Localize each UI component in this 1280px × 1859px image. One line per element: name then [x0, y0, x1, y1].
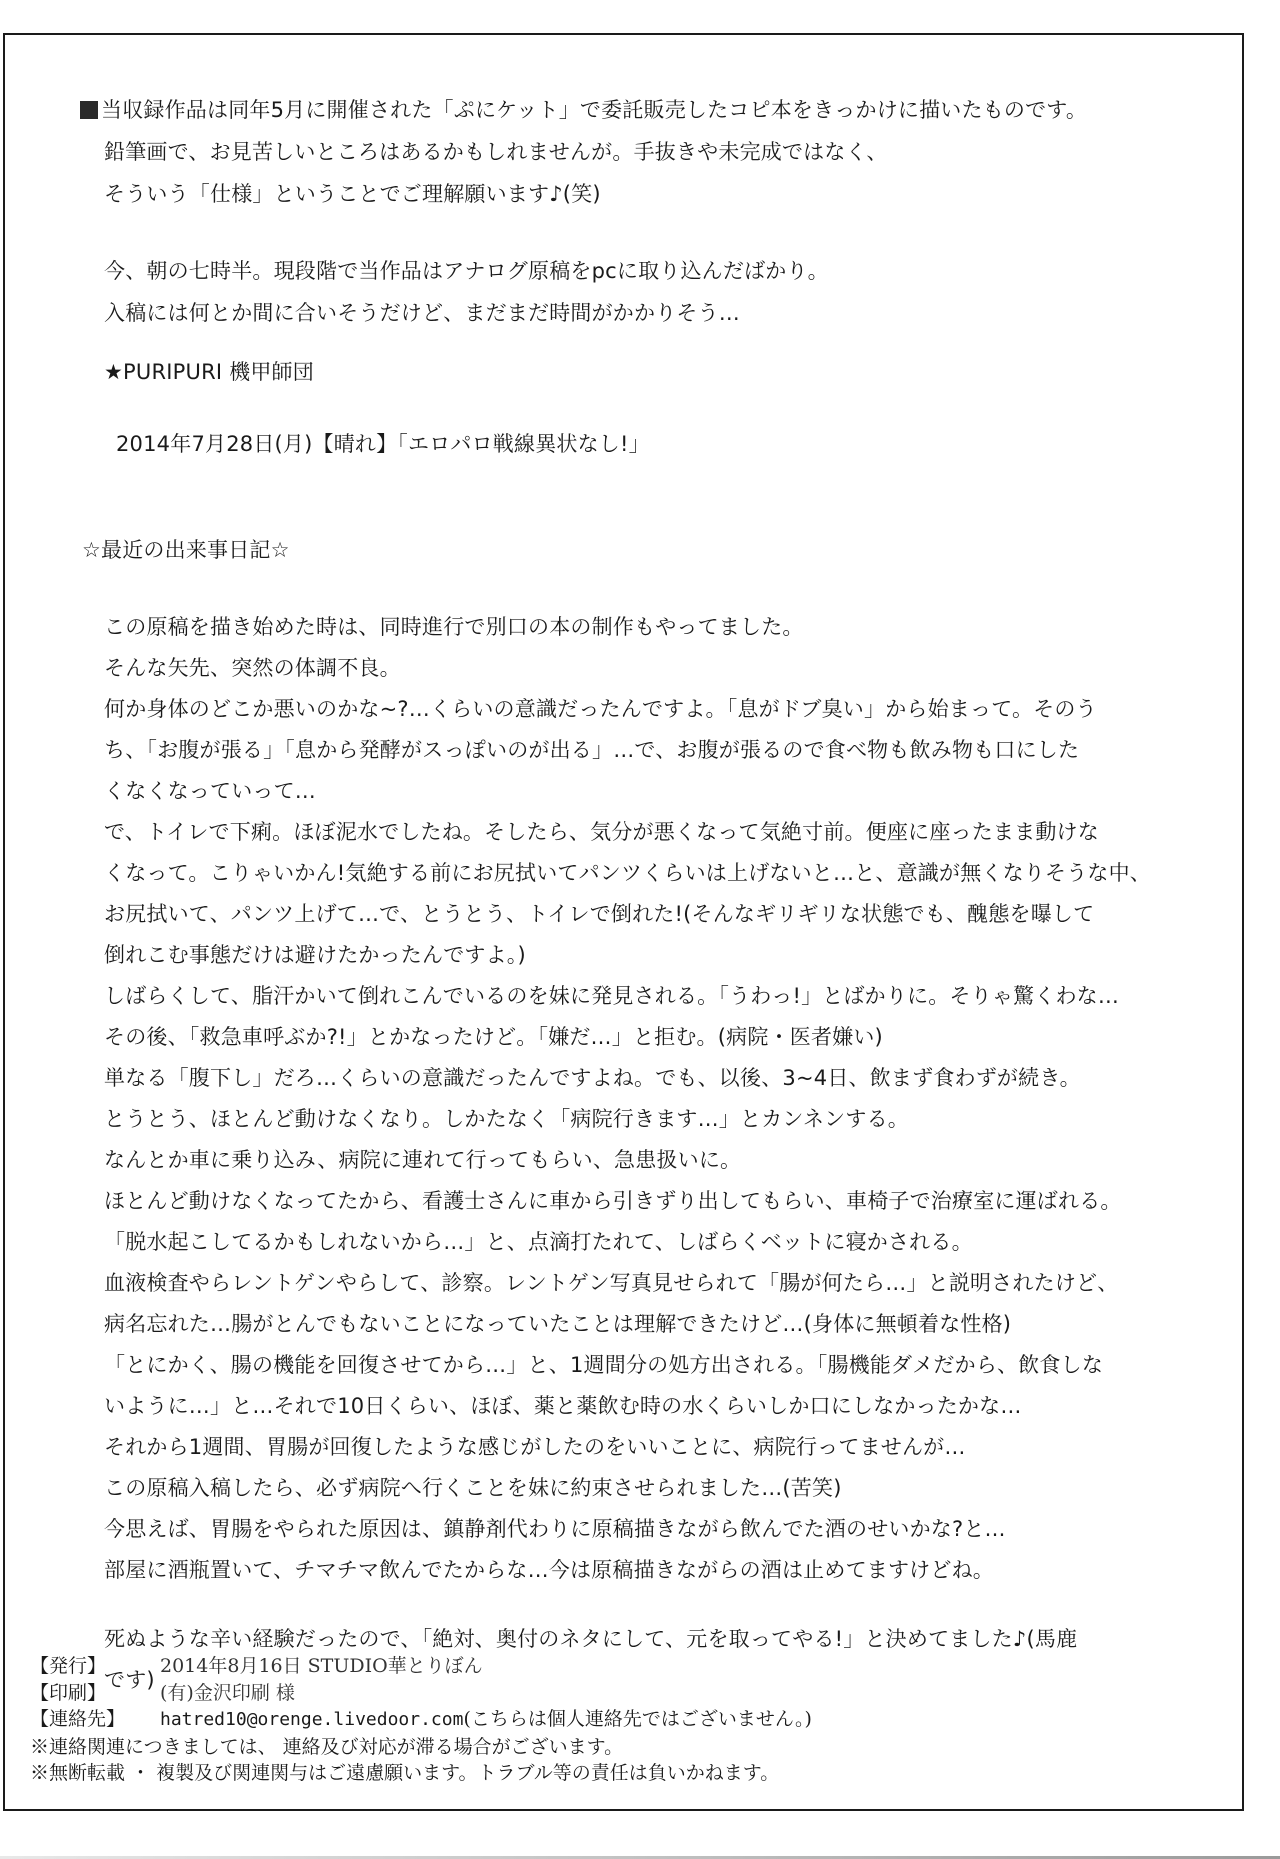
colophon-printer: 【印刷】(有)金沢印刷 様	[30, 1680, 812, 1707]
diary-line: この原稿入稿したら、必ず病院へ行くことを妹に約束させられました…(苦笑)	[104, 1474, 842, 1502]
published-value: 2014年8月16日 STUDIO華とりぼん	[160, 1655, 483, 1677]
diary-line: その後、「救急車呼ぶか?!」とかなったけど。「嫌だ…」と拒む。(病院・医者嫌い)	[104, 1023, 883, 1051]
contact-note: (こちらは個人連絡先ではございません。)	[463, 1708, 811, 1730]
diary-line: ほとんど動けなくなってたから、看護士さんに車から引きずり出してもらい、車椅子で治…	[104, 1187, 1122, 1215]
diary-line: 病名忘れた…腸がとんでもないことになっていたことは理解できたけど…(身体に無頓着…	[104, 1310, 1011, 1338]
diary-line: それから1週間、胃腸が回復したような感じがしたのをいいことに、病院行ってませんが…	[104, 1433, 966, 1461]
diary-line: とうとう、ほとんど動けなくなり。しかたなく「病院行きます…」とカンネンする。	[104, 1105, 909, 1133]
status-line-1: 今、朝の七時半。現段階で当作品はアナログ原稿をpcに取り込んだばかり。	[104, 257, 829, 285]
printer-label: 【印刷】	[30, 1680, 160, 1707]
diary-line: で、トイレで下痢。ほぼ泥水でしたね。そしたら、気分が悪くなって気絶寸前。便座に座…	[104, 818, 1099, 846]
diary-closing-line-1: 死ぬような辛い経験だったので、「絶対、奥付のネタにして、元を取ってやる!」と決め…	[104, 1625, 1077, 1653]
contact-email: hatred10@orenge.livedoor.com	[160, 1709, 463, 1730]
colophon-notice-1: ※連絡関連につきましては、 連絡及び対応が滞る場合がございます。	[30, 1734, 812, 1761]
diary-line: お尻拭いて、パンツ上げて…で、とうとう、トイレで倒れた!(そんなギリギリな状態で…	[104, 900, 1094, 928]
printer-value: (有)金沢印刷 様	[160, 1682, 295, 1704]
diary-line: この原稿を描き始めた時は、同時進行で別口の本の制作もやってました。	[104, 613, 804, 641]
diary-line: くなって。こりゃいかん!気絶する前にお尻拭いてパンツくらいは上げないと…と、意識…	[104, 859, 1151, 887]
diary-line: 倒れこむ事態だけは避けたかったんですよ。)	[104, 941, 526, 969]
black-square-bullet-icon	[80, 101, 98, 119]
intro-text-1: 当収録作品は同年5月に開催された「ぷにケット」で委託販売したコピ本をきっかけに描…	[101, 98, 1087, 122]
diary-line: 部屋に酒瓶置いて、チマチマ飲んでたからな…今は原稿描きながらの酒は止めてますけど…	[104, 1556, 994, 1584]
status-line-2: 入稿には何とか間に合いそうだけど、まだまだ時間がかかりそう…	[104, 299, 740, 327]
intro-line-2: 鉛筆画で、お見苦しいところはあるかもしれませんが。手抜きや未完成ではなく、	[104, 138, 888, 166]
diary-line: いように…」と…それで10日くらい、ほぼ、薬と薬飲む時の水くらいしか口にしなかっ…	[104, 1392, 1022, 1420]
diary-line: そんな矢先、突然の体調不良。	[104, 654, 401, 682]
diary-line: 今思えば、胃腸をやられた原因は、鎮静剤代わりに原稿描きながら飲んでた酒のせいかな…	[104, 1515, 1006, 1543]
diary-line: 何か身体のどこか悪いのかな~?…くらいの意識だったんですよ。「息がドブ臭い」から…	[104, 695, 1097, 723]
intro-line-1: 当収録作品は同年5月に開催された「ぷにケット」で委託販売したコピ本をきっかけに描…	[80, 96, 1087, 124]
diary-heading: ☆最近の出来事日記☆	[82, 536, 290, 564]
diary-line: ち、「お腹が張る」「息から発酵がスっぽいのが出る」…で、お腹が張るので食べ物も飲…	[104, 736, 1079, 764]
diary-line: 単なる「腹下し」だろ…くらいの意識だったんですよね。でも、以後、3~4日、飲まず…	[104, 1064, 1081, 1092]
diary-line: しばらくして、脂汗かいて倒れこんでいるのを妹に発見される。「うわっ!」とばかりに…	[104, 982, 1119, 1010]
dateline: 2014年7月28日(月)【晴れ】「エロパロ戦線異状なし!」	[116, 430, 650, 458]
colophon: 【発行】2014年8月16日 STUDIO華とりぼん 【印刷】(有)金沢印刷 様…	[30, 1653, 812, 1787]
contact-label: 【連絡先】	[30, 1706, 160, 1733]
colophon-contact: 【連絡先】hatred10@orenge.livedoor.com(こちらは個人…	[30, 1706, 812, 1734]
intro-line-3: そういう「仕様」ということでご理解願います♪(笑)	[104, 180, 601, 208]
colophon-notice-2: ※無断転載 ・ 複製及び関連関与はご遠慮願います。トラブル等の責任は負いかねます…	[30, 1760, 812, 1787]
diary-line: 「とにかく、腸の機能を回復させてから…」と、1週間分の処方出される。「腸機能ダメ…	[104, 1351, 1103, 1379]
diary-line: なんとか車に乗り込み、病院に連れて行ってもらい、急患扱いに。	[104, 1146, 741, 1174]
published-label: 【発行】	[30, 1653, 160, 1680]
diary-line: 「脱水起こしてるかもしれないから…」と、点滴打たれて、しばらくベットに寝かされる…	[104, 1228, 973, 1256]
signature: ★PURIPURI 機甲師団	[104, 358, 314, 386]
colophon-published: 【発行】2014年8月16日 STUDIO華とりぼん	[30, 1653, 812, 1680]
diary-line: くなくなっていって…	[104, 777, 316, 805]
diary-line: 血液検査やらレントゲンやらして、診察。レントゲン写真見せられて「腸が何たら…」と…	[104, 1269, 1118, 1297]
